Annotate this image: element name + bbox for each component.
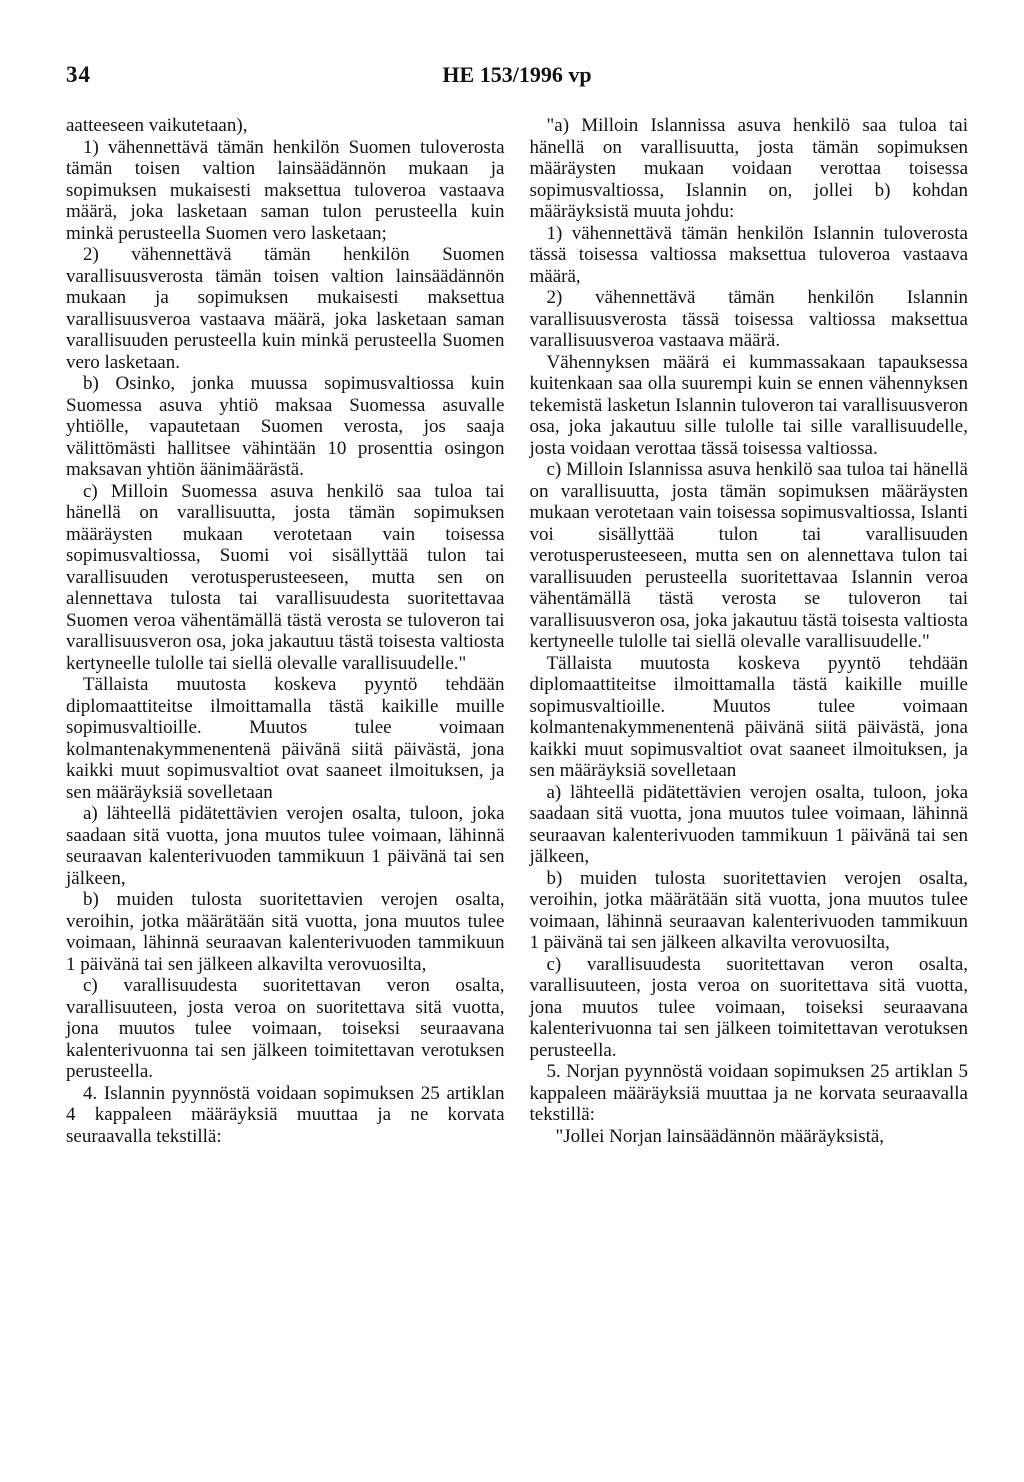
left-column: aatteeseen vaikutetaan),1) vähennettävä …: [66, 115, 505, 1147]
right-column: "a) Milloin Islannissa asuva henkilö saa…: [530, 115, 969, 1147]
paragraph: c) Milloin Suomessa asuva henkilö saa tu…: [66, 481, 505, 675]
paragraph: c) varallisuudesta suoritettavan veron o…: [66, 975, 505, 1083]
paragraph: Tällaista muutosta koskeva pyyntö tehdää…: [66, 674, 505, 803]
paragraph: 1) vähennettävä tämän henkilön Suomen tu…: [66, 137, 505, 245]
paragraph: "a) Milloin Islannissa asuva henkilö saa…: [530, 115, 969, 223]
page-header: 34 HE 153/1996 vp: [66, 62, 968, 90]
paragraph: 4. Islannin pyynnöstä voidaan sopimuksen…: [66, 1083, 505, 1148]
paragraph: aatteeseen vaikutetaan),: [66, 115, 505, 137]
two-column-body: aatteeseen vaikutetaan),1) vähennettävä …: [66, 115, 968, 1147]
paragraph: b) muiden tulosta suoritettavien verojen…: [66, 889, 505, 975]
document-page: 34 HE 153/1996 vp aatteeseen vaikutetaan…: [0, 0, 1024, 1482]
paragraph: 1) vähennettävä tämän henkilön Islannin …: [530, 223, 969, 288]
paragraph: "Jollei Norjan lainsäädännön määräyksist…: [530, 1126, 969, 1148]
paragraph: c) Milloin Islannissa asuva henkilö saa …: [530, 459, 969, 653]
paragraph: c) varallisuudesta suoritettavan veron o…: [530, 954, 969, 1062]
paragraph: 2) vähennettävä tämän henkilön Suomen va…: [66, 244, 505, 373]
paragraph: 5. Norjan pyynnöstä voidaan sopimuksen 2…: [530, 1061, 969, 1126]
paragraph: Vähennyksen määrä ei kummassakaan tapauk…: [530, 352, 969, 460]
paragraph: b) Osinko, jonka muussa sopimusvaltiossa…: [66, 373, 505, 481]
paragraph: 2) vähennettävä tämän henkilön Islannin …: [530, 287, 969, 352]
paragraph: Tällaista muutosta koskeva pyyntö tehdää…: [530, 653, 969, 782]
paragraph: b) muiden tulosta suoritettavien verojen…: [530, 868, 969, 954]
paragraph: a) lähteellä pidätettävien verojen osalt…: [66, 803, 505, 889]
paragraph: a) lähteellä pidätettävien verojen osalt…: [530, 782, 969, 868]
page-content: 34 HE 153/1996 vp aatteeseen vaikutetaan…: [66, 62, 968, 1147]
document-title: HE 153/1996 vp: [66, 62, 968, 88]
